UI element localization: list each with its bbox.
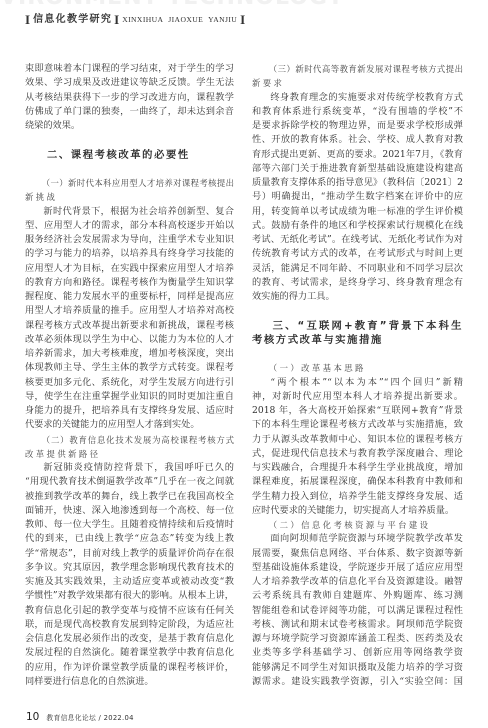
text-line: 考核、测试和期末试卷考核需求。阿坝师范学院资 [252, 618, 463, 632]
section-title-cn: 信息化教学研究 [33, 12, 112, 28]
text-line: 课程考核方式改革提出新要求和新挑战，课程考核 [25, 319, 234, 333]
text-line: 考试、无纸化考试”。在线考试、无纸化考试作为对 [252, 233, 463, 247]
text-line: 的教育方向和路径。课程考核作为衡量学生知识掌 [25, 276, 234, 290]
text-line: 学惯性”对教学效果都有很大的影响。从根本上讲， [25, 589, 234, 603]
text-line: 云考系统具有教师自建题库、外购题库、练习测试、 [252, 589, 463, 603]
section-title-en: XINXIHUA JIAOXUE YANJIU [122, 12, 237, 28]
text-line: 面铺开，快速、深入地渗透到每一个高校、每一位 [25, 504, 234, 518]
text-line: 绕梁的效果。 [25, 119, 234, 133]
text-line: 力于从源头改革教师中心、知识本位的课程考核方 [252, 433, 463, 447]
subsection-heading: （二）教育信息化技术发展为高校课程考核方式 改革提供新路径 [25, 433, 234, 462]
text-line: 改革必须体现以学生为中心、以能力为本位的人才 [25, 333, 234, 347]
text-line: 联，而是现代高校教育发展到特定阶段，为适应社 [25, 618, 234, 632]
text-line: 式，促进现代信息技术与教育教学深度融合、理论 [252, 447, 463, 461]
subheading-line: （一）新时代本科应用型人才培养对课程考核提出 [25, 176, 234, 190]
text-line: 发展过程的自然演化。随着课堂教学中教育信息化 [25, 646, 234, 660]
text-line: 面向阿坝师范学院资源与环境学院教学改革发 [252, 532, 463, 546]
text-line: 培养新需求，加大考核难度，增加考核深度，突出 [25, 347, 234, 361]
text-line: 传统教育考试方式的改革，在考试形式与时间上更 [252, 247, 463, 261]
text-line: 灵活，能满足不同年龄、不同职业和不同学习层次 [252, 262, 463, 276]
header-bar-left: I [25, 12, 30, 28]
text-line: 代的到来，已由线上教学“应急态”转变为线上教 [25, 532, 234, 546]
paragraph: 束即意味着本门课程的学习结束，对于学生的学习 效果、学习成果及改进建议等缺乏反馈… [25, 62, 234, 133]
text-line: 部等六部门关于推进教育新型基础设施建设构建高 [252, 162, 463, 176]
subsection-heading: （一）改革基本思路 [252, 361, 463, 375]
text-line: 和教育体系进行系统变革，“没有围墙的学校”不 [252, 105, 463, 119]
text-line: 源需求。建设实践教学资源，引入“实验空间：国 [252, 675, 463, 689]
text-line: 终身教育理念的实施要求对传统学校教育方式 [252, 91, 463, 105]
text-line: 下的本科生理论课程考核方式改革与实施措施，致 [252, 418, 463, 432]
text-line: 新时代背景下，根据为社会培养创新型、复合 [25, 205, 234, 219]
text-line: 应用型人才为目标，在实践中探索应用型人才培养 [25, 262, 234, 276]
text-line: 型、应用型人才的需求，部分本科高校逐步开始以 [25, 219, 234, 233]
text-line: “两个根本”“以本为本”“四个回归”新精 [252, 376, 463, 390]
text-line: 服务经济社会发展需求为导向，注重学术专业知识 [25, 233, 234, 247]
paragraph: 新冠肺炎疫情防控背景下，我国呼吁已久的 “用现代教育技术倒逼教学改革”几乎在一夜… [25, 461, 234, 689]
text-line: 用型人才培养质量的推手。应用型人才培养对高校 [25, 304, 234, 318]
text-line: 代要求的关键能力的应用型人才落到实处。 [25, 418, 234, 432]
text-line: 仿佛成了单门课的独奏，一曲终了，却未达到余音 [25, 105, 234, 119]
page-number: 10 [26, 711, 39, 723]
text-line: 人才培养教学改革的信息化平台及资源建设。融智 [252, 575, 463, 589]
paragraph: 新时代背景下，根据为社会培养创新型、复合 型、应用型人才的需求，部分本科高校逐步… [25, 205, 234, 433]
text-line: 导，使学生在注重掌握学业知识的同时更加注重自 [25, 390, 234, 404]
text-line: 多争议。究其原因，教学理念影响现代教育技术的 [25, 561, 234, 575]
text-line: 学生精力投入到位，培养学生能支撑终身发展、适 [252, 490, 463, 504]
text-line: 是要求拆除学校的物理边界，而是要求学校形成弹 [252, 119, 463, 133]
text-line: 育形式提出更新、更高的要求。2021年7月，《教育 [252, 148, 463, 162]
running-header: I 信息化教学研究 I XINXIHUA JIAOXUE YANJIU I [25, 12, 245, 28]
text-line: 源与环境学院学习资源库涵盖工程类、医药类及农 [252, 632, 463, 646]
text-line: 用，转变简单以考试成绩为唯一标准的学生评价模 [252, 205, 463, 219]
text-line: 教师、每一位大学生。且随着疫情持续和后疫情时 [25, 518, 234, 532]
text-line: 性、开放的教育体系。社会、学校、成人教育对教 [252, 133, 463, 147]
subheading-line: 改革提供新路径 [25, 447, 234, 461]
text-line: 的学习与能力的培养，以培养具有终身学习技能的 [25, 247, 234, 261]
text-line: 教育信息化引起的教学变革与疫情不应该有任何关 [25, 604, 234, 618]
text-line: 同样要进行信息化的自然演进。 [25, 675, 234, 689]
section-heading: 二、课程考核改革的必要性 [25, 148, 234, 162]
text-line: 核要更加多元化、系统化，对学生发展方向进行引 [25, 376, 234, 390]
subsection-heading: （三）新时代高等教育新发展对课程考核方式提出 新要求 [252, 62, 463, 91]
subheading-line: 新要求 [252, 76, 463, 90]
text-line: 课程难度，拓展课程深度，确保本科教育中教师和 [252, 475, 463, 489]
text-line: 展需要，聚焦信息网络、平台体系、数字资源等新 [252, 547, 463, 561]
text-line: 的教育、考试需求，是终身学习、终身教育理念有 [252, 276, 463, 290]
journal-issue: 教育信息化论坛 / 2022.04 [46, 712, 133, 722]
text-line: 型基础设施体系建设，学院逐步开展了适应应用型 [252, 561, 463, 575]
text-line: 效实施的得力工具。 [252, 290, 463, 304]
background-watermark: VIRONMENT TECHNOLOGY [0, 0, 344, 10]
spacer [252, 304, 463, 318]
subsection-heading: （二）信息化考核资源与平台建设 [252, 518, 463, 532]
text-line: 智能组卷和试卷评阅等功能，可以满足课程过程性 [252, 604, 463, 618]
spacer [252, 347, 463, 361]
text-line: 实施及其实践效果，主动适应变革或被动改变“教 [25, 575, 234, 589]
text-line: 从考核结果获得下一步的学习改进方向，课程教学 [25, 91, 234, 105]
text-line: 式。鼓励有条件的地区和学校探索试行规模化在线 [252, 219, 463, 233]
spacer [25, 133, 234, 147]
header-bar-right: I [240, 12, 245, 28]
text-line: 会信息化发展必须作出的改变，是基于教育信息化 [25, 632, 234, 646]
heading-line: 三、“互联网+教育”背景下本科生理论课程 [252, 319, 463, 333]
left-column: 束即意味着本门课程的学习结束，对于学生的学习 效果、学习成果及改进建议等缺乏反馈… [25, 62, 234, 689]
text-line: 业类等多学科基础学习、创新应用等网络教学资源， [252, 646, 463, 660]
text-line: 的应用，作为评价课堂教学质量的课程考核评价， [25, 661, 234, 675]
spacer [25, 162, 234, 176]
section-heading: 三、“互联网+教育”背景下本科生理论课程 考核方式改革与实施措施 [252, 319, 463, 348]
paragraph: 面向阿坝师范学院资源与环境学院教学改革发 展需要，聚焦信息网络、平台体系、数字资… [252, 532, 463, 689]
page-footer: 10 教育信息化论坛 / 2022.04 [26, 711, 134, 723]
text-line: 束即意味着本门课程的学习结束，对于学生的学习 [25, 62, 234, 76]
text-line: 体现教师主导、学生主体的教学方式转变。课程考 [25, 361, 234, 375]
text-line: 握程度、能力发展水平的重要标杆，同样是提高应 [25, 290, 234, 304]
text-line: 2018 年，各大高校开始探索“互联网+教育”背景 [252, 404, 463, 418]
text-line: 能够满足不同学生对知识摄取及能力培养的学习资 [252, 661, 463, 675]
right-column: （三）新时代高等教育新发展对课程考核方式提出 新要求 终身教育理念的实施要求对传… [252, 62, 463, 689]
text-line: 应时代要求的关键能力，切实提高人才培养质量。 [252, 504, 463, 518]
text-line: 质量教育支撑体系的指导意见》（教科信〔2021〕2 [252, 176, 463, 190]
text-line: 身能力的提升，把培养具有支撑终身发展、适应时 [25, 404, 234, 418]
subheading-line: （三）新时代高等教育新发展对课程考核方式提出 [252, 62, 463, 76]
text-line: “用现代教育技术倒逼教学改革”几乎在一夜之间就 [25, 475, 234, 489]
paragraph: “两个根本”“以本为本”“四个回归”新精 神，对新时代应用型本科人才培养提出新要… [252, 376, 463, 519]
text-line: 与实践融合，合理提升本科学生学业挑战度，增加 [252, 461, 463, 475]
subheading-line: （二）教育信息化技术发展为高校课程考核方式 [25, 433, 234, 447]
text-line: 效果、学习成果及改进建议等缺乏反馈。学生无法 [25, 76, 234, 90]
header-bar-mid: I [114, 12, 119, 28]
paragraph: 终身教育理念的实施要求对传统学校教育方式 和教育体系进行系统变革，“没有围墙的学… [252, 91, 463, 305]
text-line: 学“常规态”，目前对线上教学的质量评价尚存在很 [25, 547, 234, 561]
text-line: 新冠肺炎疫情防控背景下，我国呼吁已久的 [25, 461, 234, 475]
subheading-line: 新挑战 [25, 190, 234, 204]
text-line: 号）明确提出，“推动学生数字档案在评价中的应 [252, 190, 463, 204]
subsection-heading: （一）新时代本科应用型人才培养对课程考核提出 新挑战 [25, 176, 234, 205]
text-line: 被推到教学改革的舞台，线上教学已在我国高校全 [25, 490, 234, 504]
text-line: 神，对新时代应用型本科人才培养提出新要求。 [252, 390, 463, 404]
heading-line: 考核方式改革与实施措施 [252, 333, 463, 347]
